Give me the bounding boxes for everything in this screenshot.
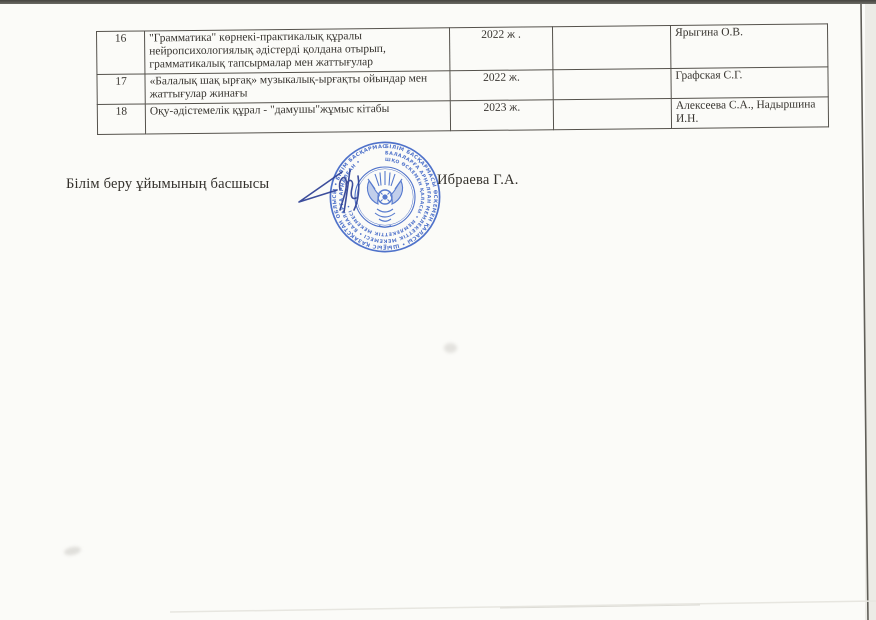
row-number: 16 bbox=[97, 31, 145, 75]
year-cell: 2022 ж . bbox=[449, 27, 552, 71]
year-cell: 2022 ж. bbox=[450, 70, 553, 101]
signer-role-label: Білім беру ұйымының басшысы bbox=[66, 176, 269, 193]
work-title: «Балалық шақ ырғақ» музыкалық-ырғақты ой… bbox=[145, 71, 450, 104]
empty-cell bbox=[552, 25, 670, 69]
work-title: Оқу-әдістемелік құрал - "дамушы"жұмыс кі… bbox=[145, 101, 450, 134]
table-row: 16 "Грамматика" көрнекі-практикалық құра… bbox=[97, 24, 828, 75]
author-cell: Ярыгина О.В. bbox=[670, 24, 827, 69]
publications-table: 16 "Грамматика" көрнекі-практикалық құра… bbox=[96, 23, 829, 135]
empty-cell bbox=[553, 98, 671, 129]
paper-right-edge bbox=[861, 4, 868, 620]
row-number: 17 bbox=[97, 74, 145, 105]
signature-stroke bbox=[299, 172, 342, 202]
signature-stroke bbox=[354, 176, 359, 210]
stamp-bottom-mark: ✳ bbox=[383, 243, 388, 250]
paper-bottom-crease bbox=[170, 601, 876, 612]
row-number: 18 bbox=[97, 104, 145, 135]
signer-name: Ибраева Г.А. bbox=[437, 172, 519, 189]
work-title: "Грамматика" көрнекі-практикалық құралы … bbox=[145, 28, 450, 74]
author-cell: Алексеева С.А., Надыршина И.Н. bbox=[671, 97, 828, 129]
author-cell: Графская С.Г. bbox=[671, 67, 828, 99]
handwritten-signature bbox=[280, 150, 390, 230]
year-cell: 2023 ж. bbox=[450, 100, 553, 131]
empty-cell bbox=[553, 68, 671, 99]
